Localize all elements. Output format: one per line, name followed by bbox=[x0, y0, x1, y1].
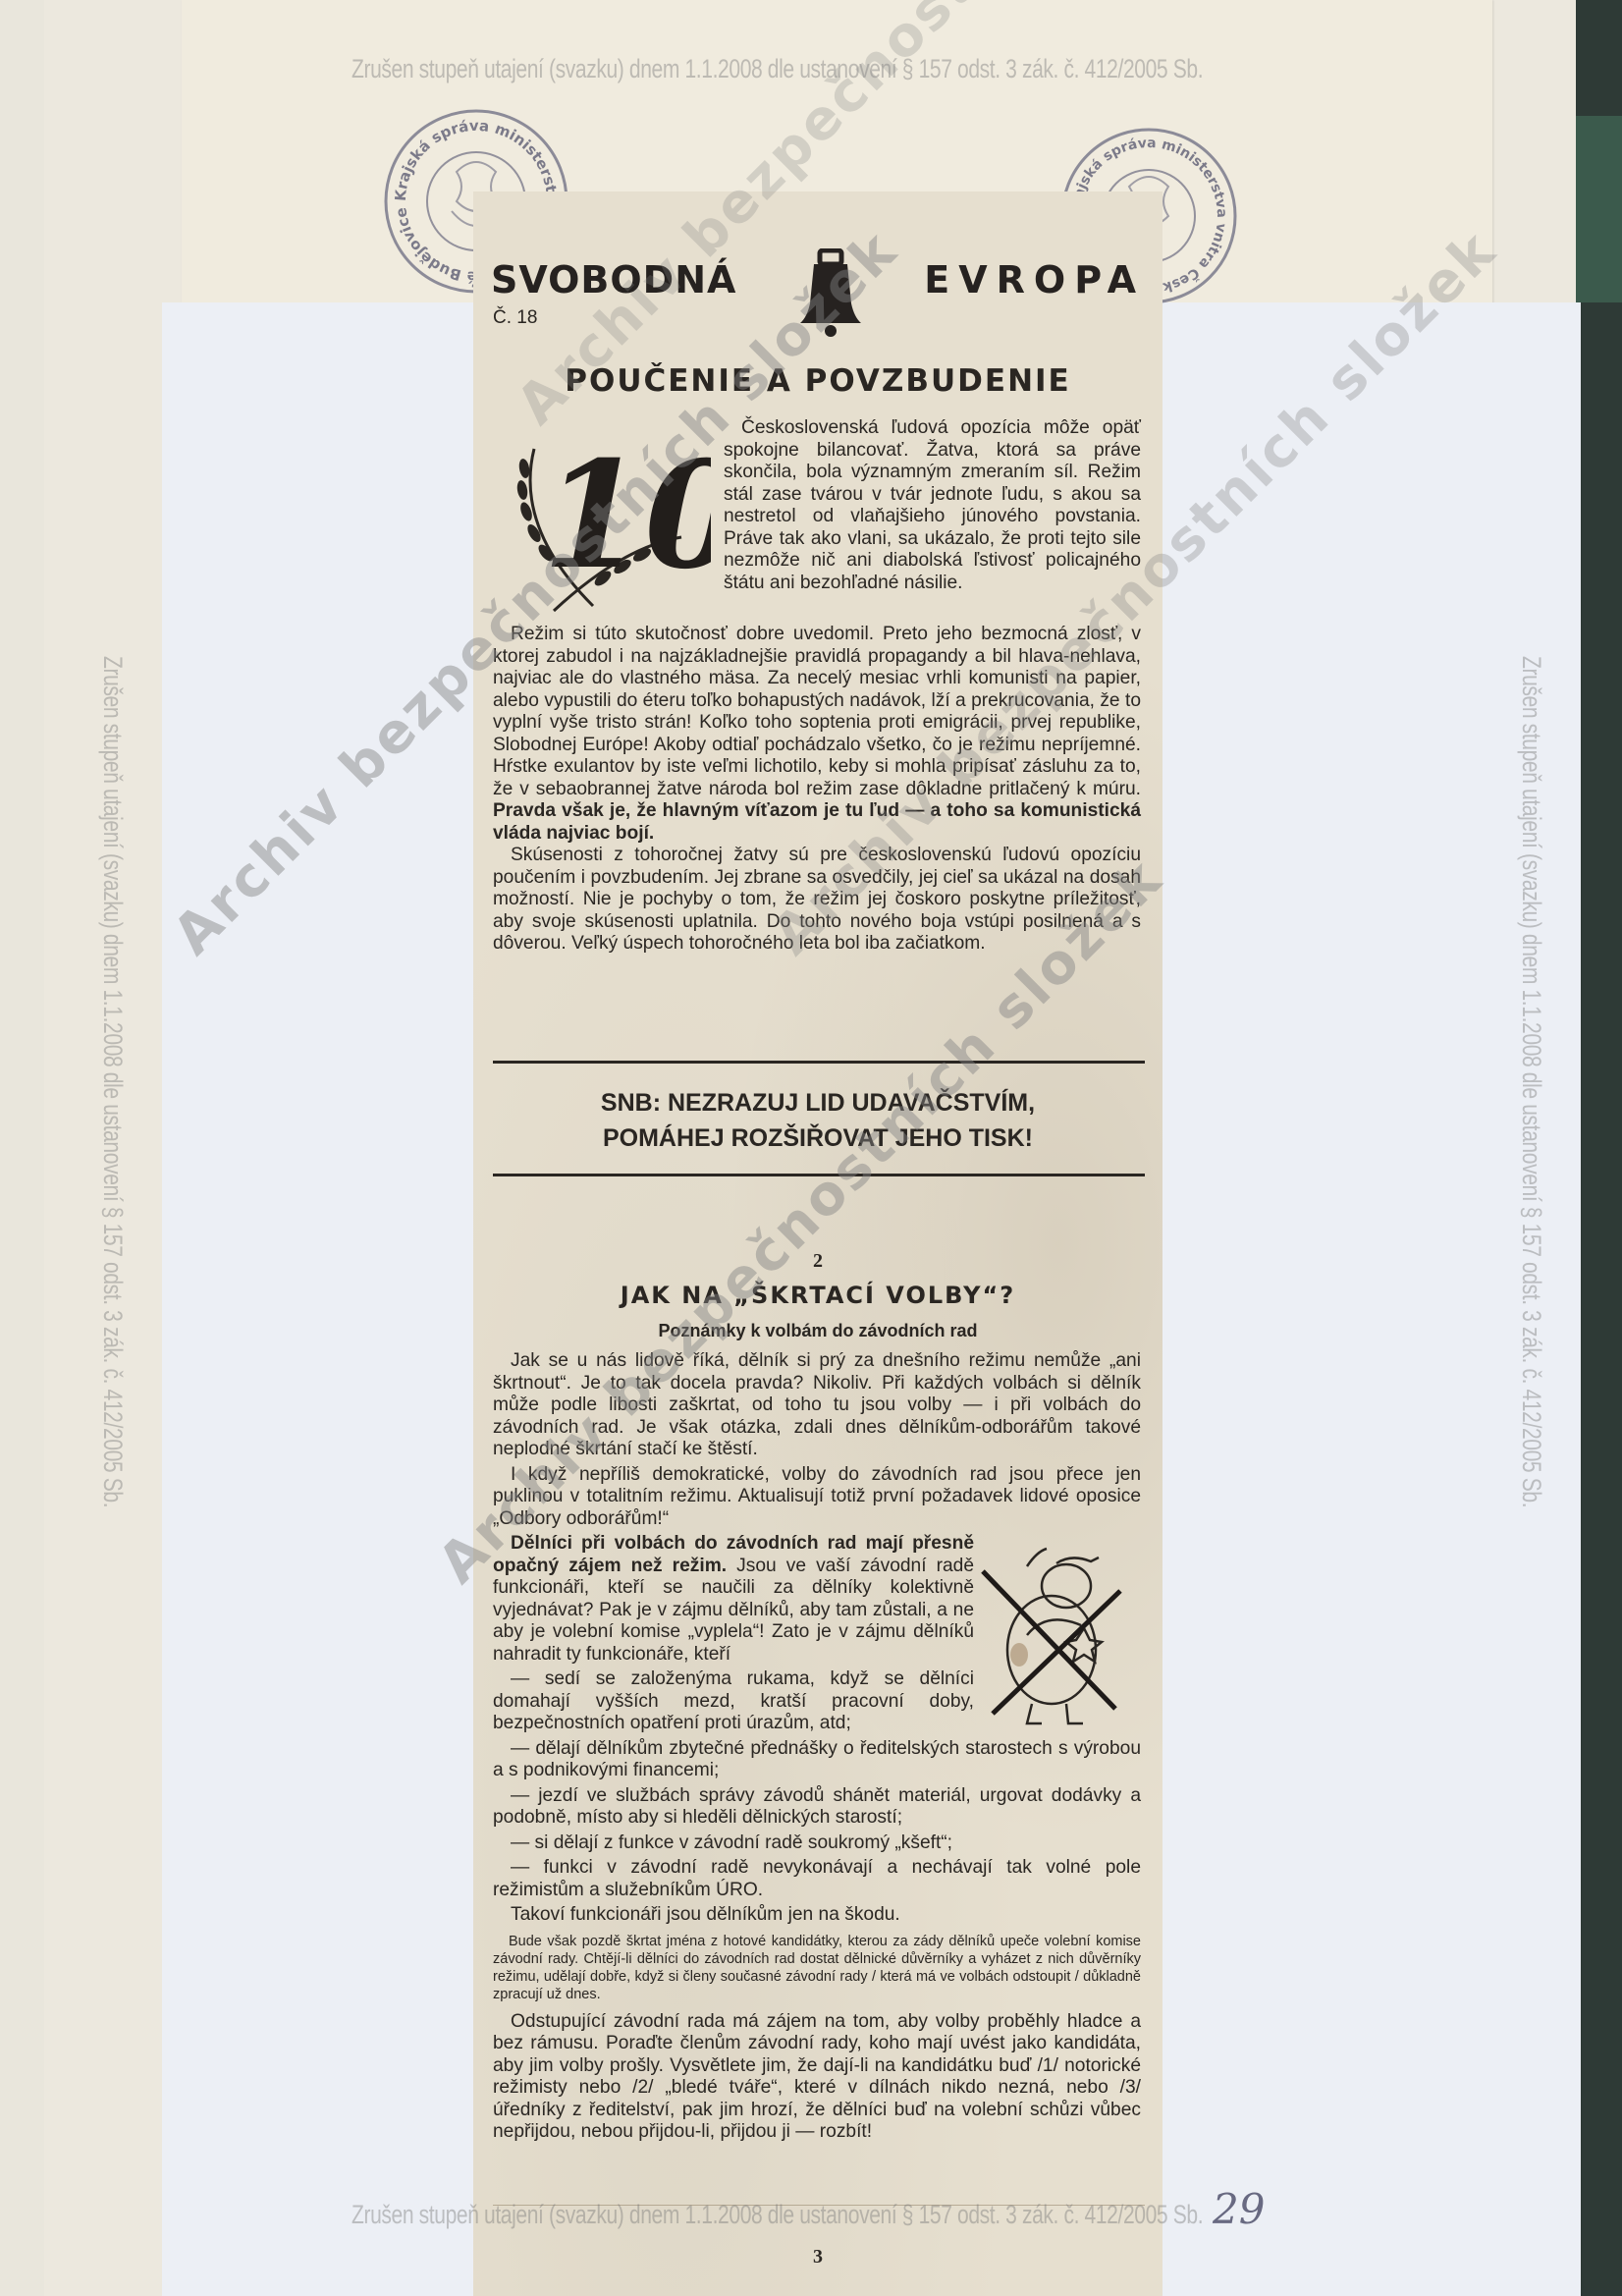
divider bbox=[493, 1061, 1145, 1064]
article2-subheadline: Poznámky k volbám do závodních rad bbox=[473, 1321, 1162, 1341]
scanner-edge-green bbox=[1576, 116, 1622, 302]
masthead-title-right: EVROPA bbox=[924, 258, 1145, 301]
declassification-watermark-right: Zrušen stupeň utajení (svazku) dnem 1.1.… bbox=[1516, 656, 1546, 1507]
article2-list-item: — si dělají z funkce v závodní radě souk… bbox=[493, 1832, 1141, 1855]
declassification-watermark-left: Zrušen stupeň utajení (svazku) dnem 1.1.… bbox=[97, 656, 128, 1507]
scanner-edge bbox=[1576, 0, 1622, 2296]
page-number-bottom: 3 bbox=[473, 2246, 1162, 2269]
handwritten-folio-number: 29 bbox=[1213, 2185, 1265, 2233]
article2-list-item: — dělají dělníkům zbytečné přednášky o ř… bbox=[493, 1738, 1141, 1782]
crossed-out-functionary-cartoon-icon bbox=[968, 1542, 1135, 1728]
snb-slogan: SNB: NEZRAZUJ LID UDAVAČSTVÍM, POMÁHEJ R… bbox=[473, 1085, 1162, 1156]
declassification-watermark-top: Zrušen stupeň utajení (svazku) dnem 1.1.… bbox=[351, 54, 1203, 84]
issue-number: Č. 18 bbox=[493, 307, 537, 329]
article2-list-item: — funkci v závodní radě nevykonávají a n… bbox=[493, 1857, 1141, 1901]
article1-bold-sentence: Pravda však je, že hlavným víťazom je tu… bbox=[493, 800, 1141, 844]
article2-list-item: — jezdí ve službách správy závodů shánět… bbox=[493, 1785, 1141, 1830]
article2-paragraph-5: Odstupující závodní rada má zájem na tom… bbox=[493, 2011, 1141, 2144]
snb-slogan-line2: POMÁHEJ ROZŠIŘOVAT JEHO TISK! bbox=[473, 1121, 1162, 1156]
declassification-watermark-bottom: Zrušen stupeň utajení (svazku) dnem 1.1.… bbox=[351, 2200, 1203, 2230]
article2-headline: JAK NA „ŠKRTACÍ VOLBY“? bbox=[473, 1282, 1162, 1309]
article2-paragraph-4: Takoví funkcionáři jsou dělníkům jen na … bbox=[493, 1904, 1141, 1927]
page-number-middle: 2 bbox=[473, 1250, 1162, 1273]
article2-small-print: Bude však pozdě škrtat jména z hotové ka… bbox=[493, 1933, 1141, 2003]
snb-slogan-line1: SNB: NEZRAZUJ LID UDAVAČSTVÍM, bbox=[473, 1085, 1162, 1121]
